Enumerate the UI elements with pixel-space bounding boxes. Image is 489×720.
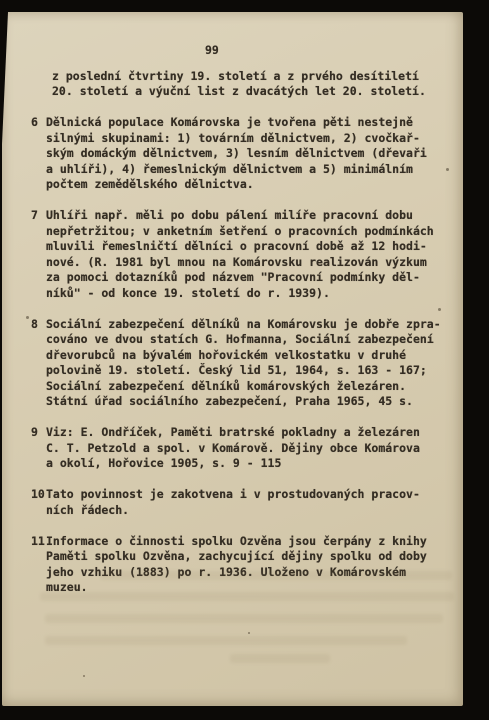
footnote-number: 6: [31, 115, 46, 193]
footnote-number: 9: [31, 425, 46, 472]
showthrough-line: [45, 614, 443, 623]
showthrough-line: [40, 592, 454, 601]
footnote-text: Informace o činnosti spolku Ozvěna jsou …: [46, 534, 437, 596]
footnote-text: Tato povinnost je zakotvena i v prostudo…: [46, 487, 437, 518]
footnote-text: Uhlíři např. měli po dobu pálení milíře …: [46, 208, 437, 301]
footnote-number: 11: [31, 534, 46, 596]
dust-speck: [83, 675, 85, 677]
footnote-item: 10 Tato povinnost je zakotvena i v prost…: [31, 487, 437, 518]
footnote-text: Viz: E. Ondříček, Paměti bratrské poklad…: [46, 425, 437, 472]
footnote-item: 7 Uhlíři např. měli po dobu pálení milíř…: [31, 208, 437, 301]
dust-speck: [26, 316, 29, 319]
footnote-item: 8 Sociální zabezpečení dělníků na Komáro…: [31, 317, 437, 410]
dust-speck: [446, 168, 449, 171]
page-number: 99: [205, 43, 437, 59]
scan-edge-artifact: [2, 12, 8, 144]
footnote-number: 8: [31, 317, 46, 410]
footnote-text: Sociální zabezpečení dělníků na Komárovs…: [46, 317, 441, 410]
showthrough-line: [230, 654, 330, 663]
showthrough-line: [100, 571, 452, 580]
page-content: 99 z poslední čtvrtiny 19. století a z p…: [31, 43, 437, 611]
footnote-number: 10: [31, 487, 46, 518]
dust-speck: [438, 308, 441, 311]
footnote-item: 11 Informace o činnosti spolku Ozvěna js…: [31, 534, 437, 596]
paper-sheet: 99 z poslední čtvrtiny 19. století a z p…: [2, 12, 463, 706]
footnote-item: 6 Dělnická populace Komárovska je tvořen…: [31, 115, 437, 193]
intro-paragraph: z poslední čtvrtiny 19. století a z prvé…: [52, 69, 437, 100]
showthrough-line: [45, 636, 407, 645]
footnote-list: 6 Dělnická populace Komárovska je tvořen…: [31, 115, 437, 596]
footnote-number: 7: [31, 208, 46, 301]
footnote-text: Dělnická populace Komárovska je tvořena …: [46, 115, 437, 193]
dust-speck: [248, 632, 250, 634]
footnote-item: 9 Viz: E. Ondříček, Paměti bratrské pokl…: [31, 425, 437, 472]
